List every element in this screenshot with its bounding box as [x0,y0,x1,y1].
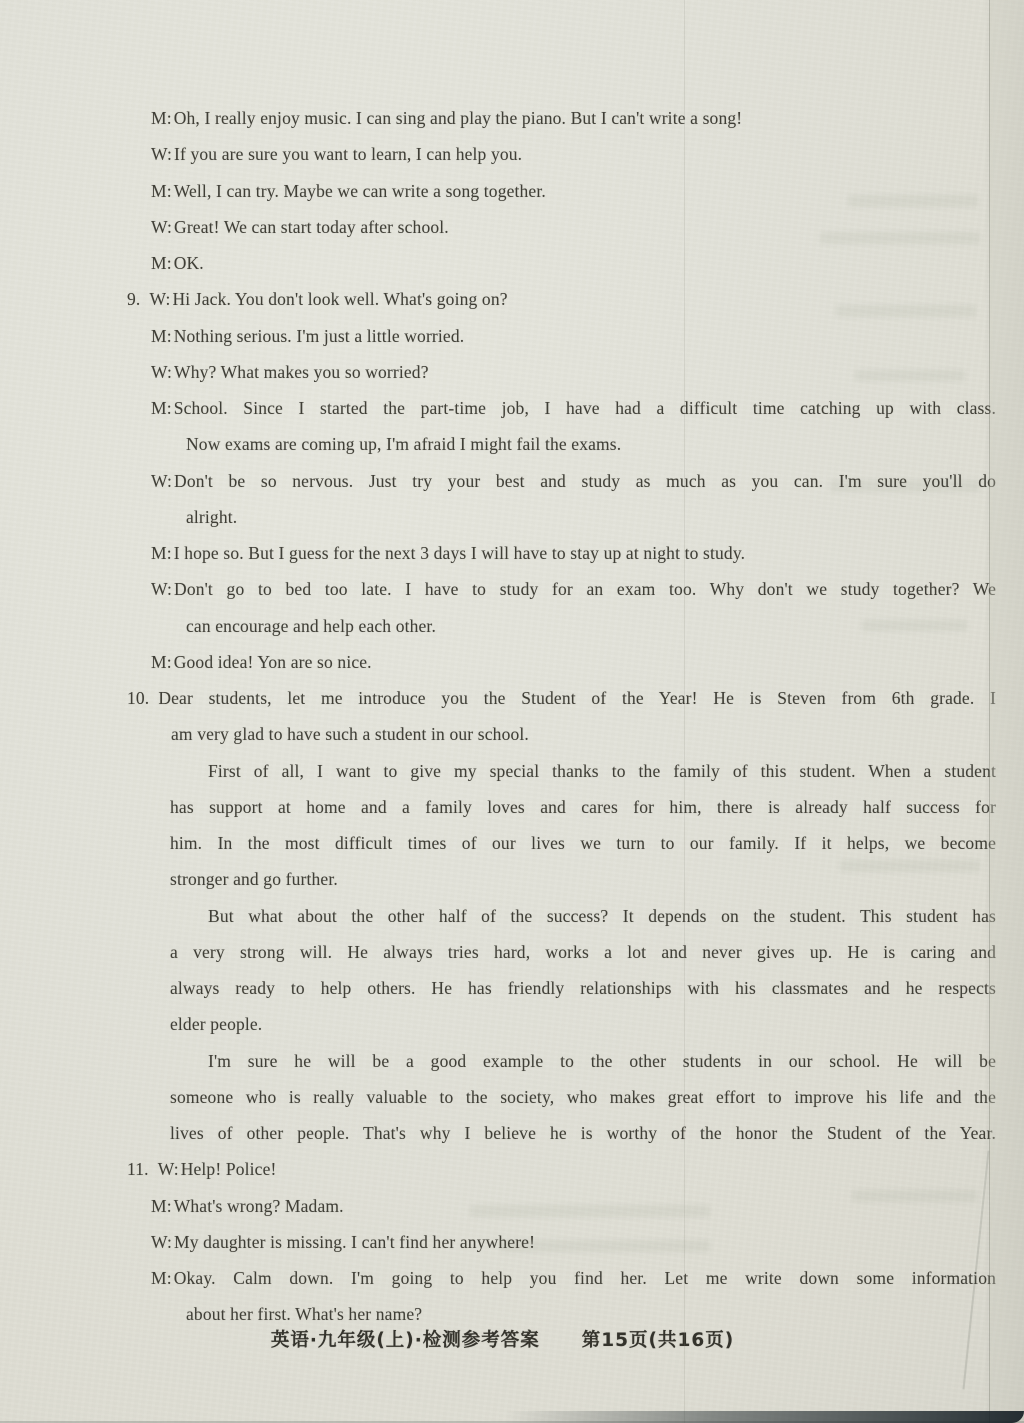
transcript-line: But what about the other half of the suc… [208,898,996,934]
speaker-label: M: [151,398,172,418]
line-text: Hi Jack. You don't look well. What's goi… [172,289,507,309]
line-text: School. Since I started the part-time jo… [174,398,996,418]
speaker-label: M: [151,253,172,273]
line-text: Don't be so nervous. Just try your best … [174,471,996,491]
speaker-label: M: [151,181,172,201]
transcript-line: can encourage and help each other. [186,608,996,644]
transcript-line: 11.W:Help! Police! [127,1151,996,1187]
speaker-label: W: [149,289,170,309]
transcript-line: M:Nothing serious. I'm just a little wor… [151,318,996,354]
transcript-line: W:My daughter is missing. I can't find h… [151,1224,996,1260]
page-fold-line [989,0,990,1423]
speaker-label: M: [151,1268,172,1288]
paper-crease [684,0,685,1423]
footer-page-number: 第15页(共16页) [582,1330,734,1351]
speaker-label: W: [158,1159,179,1179]
line-number: 11. [127,1159,149,1179]
line-text: Nothing serious. I'm just a little worri… [174,326,465,346]
line-text: alright. [186,507,237,527]
transcript-line: First of all, I want to give my special … [208,753,996,789]
line-text: someone who is really valuable to the so… [170,1087,996,1107]
transcript: M:Oh, I really enjoy music. I can sing a… [0,0,996,1333]
line-text: Well, I can try. Maybe we can write a so… [174,181,546,201]
line-text: I'm sure he will be a good example to th… [208,1051,996,1071]
transcript-line: 9.W:Hi Jack. You don't look well. What's… [127,281,996,317]
line-text: elder people. [170,1014,262,1034]
transcript-line: W:If you are sure you want to learn, I c… [151,136,996,172]
transcript-line: M:OK. [151,245,996,281]
speaker-label: M: [151,108,172,128]
line-text: First of all, I want to give my special … [208,761,996,781]
line-text: lives of other people. That's why I beli… [170,1123,996,1143]
line-text: Great! We can start today after school. [174,217,449,237]
transcript-line: lives of other people. That's why I beli… [170,1115,996,1151]
line-text: about her first. What's her name? [186,1304,422,1324]
line-number: 9. [127,289,140,309]
line-text: can encourage and help each other. [186,616,436,636]
line-text: Now exams are coming up, I'm afraid I mi… [186,434,621,454]
transcript-line: M:What's wrong? Madam. [151,1188,996,1224]
line-text: But what about the other half of the suc… [208,906,996,926]
speaker-label: M: [151,326,172,346]
line-text: Okay. Calm down. I'm going to help you f… [174,1268,996,1288]
transcript-line: stronger and go further. [170,861,996,897]
line-text: a very strong will. He always tries hard… [170,942,996,962]
line-text: always ready to help others. He has frie… [170,978,996,998]
transcript-line: alright. [186,499,996,535]
transcript-line: M:Good idea! Yon are so nice. [151,644,996,680]
transcript-line: 10.Dear students, let me introduce you t… [127,680,996,716]
transcript-line: Now exams are coming up, I'm afraid I mi… [186,426,996,462]
speaker-label: M: [151,1196,172,1216]
footer-book-title: 英语·九年级(上)·检测参考答案 [271,1330,540,1351]
line-text: Oh, I really enjoy music. I can sing and… [174,108,743,128]
transcript-line: a very strong will. He always tries hard… [170,934,996,970]
speaker-label: M: [151,543,172,563]
transcript-line: M:School. Since I started the part-time … [151,390,996,426]
scanned-page: { "transcript": { "lines": [ {"label":""… [0,0,1024,1423]
line-number: 10. [127,688,149,708]
line-text: Help! Police! [181,1159,277,1179]
transcript-line: elder people. [170,1006,996,1042]
transcript-line: M:Well, I can try. Maybe we can write a … [151,173,996,209]
line-text: Good idea! Yon are so nice. [174,652,372,672]
line-text: I hope so. But I guess for the next 3 da… [174,543,745,563]
transcript-line: W:Don't go to bed too late. I have to st… [151,571,996,607]
transcript-line: M:Okay. Calm down. I'm going to help you… [151,1260,996,1296]
speaker-label: W: [151,144,172,164]
page-footer: 英语·九年级(上)·检测参考答案第15页(共16页) [0,1326,1005,1352]
speaker-label: W: [151,217,172,237]
transcript-line: W:Why? What makes you so worried? [151,354,996,390]
transcript-line: M:I hope so. But I guess for the next 3 … [151,535,996,571]
line-text: Dear students, let me introduce you the … [158,688,996,708]
line-text: What's wrong? Madam. [174,1196,344,1216]
transcript-line: W:Don't be so nervous. Just try your bes… [151,463,996,499]
speaker-label: W: [151,471,172,491]
transcript-line: am very glad to have such a student in o… [171,716,996,752]
line-text: Why? What makes you so worried? [174,362,429,382]
line-text: him. In the most difficult times of our … [170,833,996,853]
speaker-label: W: [151,1232,172,1252]
speaker-label: W: [151,579,172,599]
page-bottom-edge-shadow [505,1411,1024,1423]
line-text: OK. [174,253,204,273]
line-text: stronger and go further. [170,869,338,889]
line-text: If you are sure you want to learn, I can… [174,144,522,164]
transcript-line: M:Oh, I really enjoy music. I can sing a… [151,100,996,136]
line-text: has support at home and a family loves a… [170,797,996,817]
speaker-label: M: [151,652,172,672]
transcript-line: him. In the most difficult times of our … [170,825,996,861]
transcript-line: has support at home and a family loves a… [170,789,996,825]
transcript-line: someone who is really valuable to the so… [170,1079,996,1115]
line-text: My daughter is missing. I can't find her… [174,1232,535,1252]
transcript-line: W:Great! We can start today after school… [151,209,996,245]
speaker-label: W: [151,362,172,382]
line-text: am very glad to have such a student in o… [171,724,529,744]
line-text: Don't go to bed too late. I have to stud… [174,579,996,599]
transcript-line: always ready to help others. He has frie… [170,970,996,1006]
page-right-margin-shading [990,0,1024,1423]
transcript-line: I'm sure he will be a good example to th… [208,1043,996,1079]
